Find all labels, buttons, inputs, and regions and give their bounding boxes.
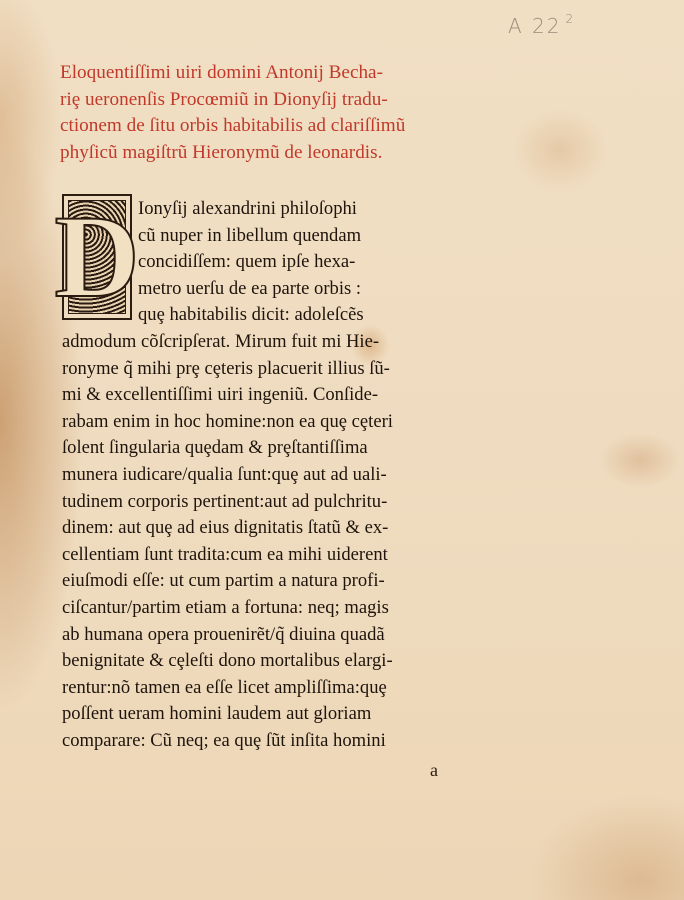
body-line: munera iudicare/qualia ſunt:quȩ aut ad u… xyxy=(62,462,482,489)
body-line: ronyme q̃ mihi prȩ cȩteris placuerit ill… xyxy=(62,356,482,383)
body-line: concidiſſem: quem ipſe hexa- xyxy=(62,249,482,276)
body-line: ab humana opera prouenirẽt/q̃ diuina qua… xyxy=(62,622,482,649)
heading-line: Eloquentiſſimi uiri domini Antonij Becha… xyxy=(60,60,490,87)
body-line: metro uerſu de ea parte orbis : xyxy=(62,276,482,303)
body-line: rentur:nõ tamen ea eſſe licet ampliſſima… xyxy=(62,675,482,702)
rubricated-heading: Eloquentiſſimi uiri domini Antonij Becha… xyxy=(60,60,490,166)
body-line: comparare: Cũ neq; ea quȩ ſũt inſita hom… xyxy=(62,728,482,755)
manuscript-page: A 222 Eloquentiſſimi uiri domini Antonij… xyxy=(0,0,684,900)
body-line: ciſcantur/partim etiam a fortuna: neq; m… xyxy=(62,595,482,622)
body-line: cellentiam ſunt tradita:cum ea mihi uide… xyxy=(62,542,482,569)
body-line: admodum cõſcripſerat. Mirum fuit mi Hie- xyxy=(62,329,482,356)
body-line: Ionyſij alexandrini philoſophi xyxy=(62,196,482,223)
shelfmark-annotation: A 222 xyxy=(508,14,575,38)
heading-line: ctionem de ſitu orbis habitabilis ad cla… xyxy=(60,113,490,140)
body-line: dinem: aut quȩ ad eius dignitatis ſtatũ … xyxy=(62,515,482,542)
body-text: Ionyſij alexandrini philoſophi cũ nuper … xyxy=(62,196,482,754)
shelfmark-text: A 22 xyxy=(508,14,562,38)
body-line: quȩ habitabilis dicit: adoleſcẽs xyxy=(62,302,482,329)
body-line: cũ nuper in libellum quendam xyxy=(62,223,482,250)
shelfmark-superscript: 2 xyxy=(566,12,576,26)
body-line: benignitate & cȩleſti dono mortalibus el… xyxy=(62,648,482,675)
body-line: eiuſmodi eſſe: ut cum partim a natura pr… xyxy=(62,568,482,595)
body-line: ſolent ſingularia quȩdam & prȩſtantiſſim… xyxy=(62,435,482,462)
body-line: poſſent ueram homini laudem aut gloriam xyxy=(62,701,482,728)
heading-line: riȩ ueronenſis Procœmiũ in Dionyſij trad… xyxy=(60,87,490,114)
heading-line: phyſicũ magiſtrũ Hieronymũ de leonardis. xyxy=(60,140,490,167)
body-line: mi & excellentiſſimi uiri ingeniũ. Conſi… xyxy=(62,382,482,409)
body-line: tudinem corporis pertinent:aut ad pulchr… xyxy=(62,489,482,516)
signature-mark: a xyxy=(430,760,438,781)
body-line: rabam enim in hoc homine:non ea quȩ cȩte… xyxy=(62,409,482,436)
